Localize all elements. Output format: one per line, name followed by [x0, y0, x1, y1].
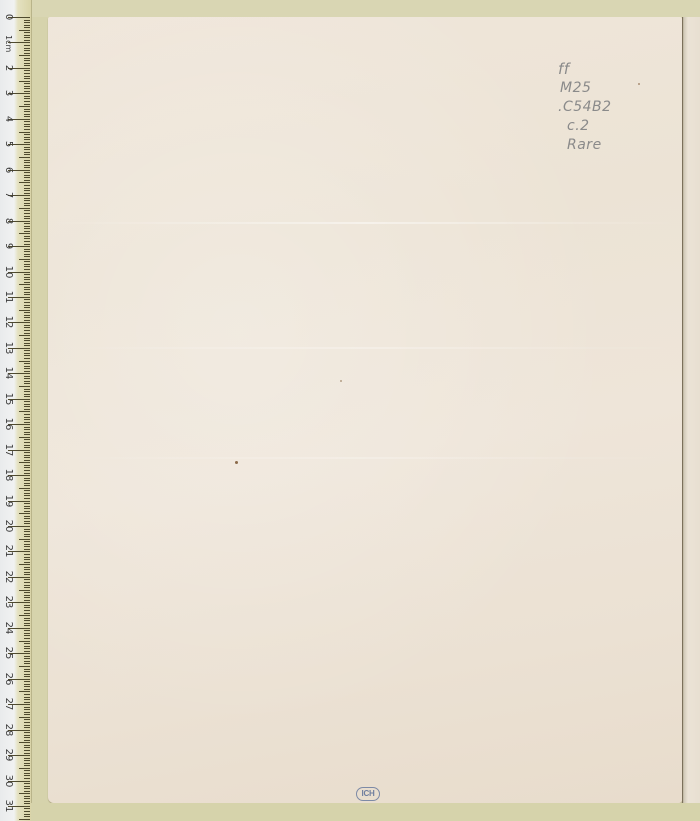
paper-speck: [235, 461, 238, 464]
ruler-tick: [24, 50, 30, 51]
ruler-tick: [24, 383, 30, 384]
ruler-tick: [24, 355, 30, 356]
ruler-tick: [24, 371, 30, 372]
ruler-tick: [24, 190, 30, 191]
ruler-tick: [19, 462, 30, 463]
ruler-tick: [19, 208, 30, 209]
ruler-tick: [24, 516, 30, 517]
ruler-tick: [24, 536, 30, 537]
ruler-tick: [24, 544, 30, 545]
ruler-tick: [24, 111, 30, 112]
ruler-tick: [24, 722, 30, 723]
ruler-tick: [24, 76, 30, 77]
ruler-tick: [24, 529, 30, 530]
ruler-tick: [19, 437, 30, 438]
paper-speck: [340, 380, 342, 382]
ruler-label: 10: [3, 265, 13, 279]
ruler-tick: [24, 226, 30, 227]
ruler-tick: [24, 162, 30, 163]
ruler-tick: [24, 216, 30, 217]
ruler-tick: [24, 205, 30, 206]
ruler-tick: [24, 439, 30, 440]
ruler-tick: [24, 567, 30, 568]
ruler-tick: [24, 274, 30, 275]
ruler-label: 29: [3, 748, 13, 762]
ruler-label: 5: [3, 137, 13, 151]
ruler-label: 14: [3, 366, 13, 380]
ruler-tick: [24, 389, 30, 390]
ruler-tick: [24, 773, 30, 774]
ruler-tick: [24, 498, 30, 499]
ruler-tick: [24, 124, 30, 125]
ruler-tick: [24, 559, 30, 560]
ruler-tick: [19, 55, 30, 56]
ruler-tick: [24, 261, 30, 262]
ruler-tick: [24, 404, 30, 405]
ruler-tick: [24, 447, 30, 448]
ruler-tick: [24, 765, 30, 766]
ruler-label: 15: [3, 392, 13, 406]
ruler-tick: [24, 401, 30, 402]
ruler-tick: [24, 572, 30, 573]
ruler-tick: [24, 213, 30, 214]
library-stamp: ICH: [356, 787, 380, 801]
ruler-tick: [24, 814, 30, 815]
ruler-label: 27: [3, 697, 13, 711]
ruler-tick: [19, 335, 30, 336]
ruler-tick: [24, 139, 30, 140]
ruler-tick: [19, 81, 30, 82]
ruler-tick: [24, 394, 30, 395]
ruler-tick: [24, 508, 30, 509]
ruler-tick: [24, 305, 30, 306]
ruler-tick: [24, 223, 30, 224]
binding-spine: [682, 17, 700, 803]
call-number-line-5: Rare: [567, 136, 612, 155]
ruler-tick: [24, 610, 30, 611]
ruler-tick: [24, 27, 30, 28]
ruler-tick: [19, 259, 30, 260]
ruler-tick: [24, 623, 30, 624]
ruler-tick: [24, 256, 30, 257]
ruler-tick: [24, 651, 30, 652]
paper-crease: [48, 457, 682, 459]
paper-crease: [48, 347, 682, 349]
ruler-tick: [24, 37, 30, 38]
ruler-tick: [24, 465, 30, 466]
ruler-tick: [24, 778, 30, 779]
ruler-tick: [24, 434, 30, 435]
ruler-label: 1cm: [3, 35, 13, 49]
ruler-label: 6: [3, 163, 13, 177]
ruler-tick: [19, 819, 30, 820]
ruler-tick: [24, 391, 30, 392]
ruler-tick: [24, 22, 30, 23]
ruler-tick: [24, 269, 30, 270]
ruler-tick: [24, 511, 30, 512]
ruler-tick: [24, 121, 30, 122]
ruler-tick: [24, 796, 30, 797]
ruler-tick: [24, 661, 30, 662]
ruler-tick: [19, 615, 30, 616]
ruler-tick: [24, 630, 30, 631]
ruler-tick: [24, 445, 30, 446]
ruler-tick: [24, 725, 30, 726]
ruler-tick: [24, 549, 30, 550]
ruler-tick: [24, 633, 30, 634]
ruler-tick: [24, 287, 30, 288]
ruler-tick: [24, 579, 30, 580]
ruler-label: 28: [3, 723, 13, 737]
ruler-tick: [24, 605, 30, 606]
ruler-tick: [24, 241, 30, 242]
ruler-tick: [24, 684, 30, 685]
ruler-tick: [24, 98, 30, 99]
ruler-tick: [24, 674, 30, 675]
ruler-label: 25: [3, 646, 13, 660]
paper-speck: [638, 83, 640, 85]
ruler-tick: [24, 490, 30, 491]
ruler-tick: [24, 791, 30, 792]
ruler-tick: [19, 284, 30, 285]
ruler-tick: [24, 299, 30, 300]
ruler-tick: [24, 104, 30, 105]
ruler-label: 7: [3, 188, 13, 202]
ruler-tick: [24, 203, 30, 204]
ruler-label: 12: [3, 315, 13, 329]
ruler-tick: [24, 325, 30, 326]
ruler-tick: [19, 30, 30, 31]
ruler-tick: [24, 714, 30, 715]
ruler-tick: [24, 485, 30, 486]
ruler-tick: [19, 793, 30, 794]
ruler-tick: [24, 707, 30, 708]
ruler-tick: [24, 541, 30, 542]
ruler-tick: [24, 244, 30, 245]
ruler-tick: [24, 452, 30, 453]
ruler-tick: [24, 160, 30, 161]
ruler-tick: [24, 658, 30, 659]
ruler-tick: [24, 200, 30, 201]
ruler-tick: [24, 45, 30, 46]
ruler-label: 11: [3, 290, 13, 304]
ruler-tick: [24, 292, 30, 293]
ruler-tick: [24, 719, 30, 720]
pencil-call-number: ff M25 .C54B2 c.2 Rare: [555, 60, 612, 155]
ruler-tick: [24, 101, 30, 102]
ruler-tick: [24, 618, 30, 619]
ruler-tick: [24, 236, 30, 237]
ruler-tick: [24, 180, 30, 181]
ruler-tick: [24, 613, 30, 614]
ruler-tick: [24, 646, 30, 647]
ruler-tick: [24, 167, 30, 168]
ruler-tick: [19, 590, 30, 591]
ruler-tick: [24, 735, 30, 736]
ruler-tick: [24, 750, 30, 751]
ruler-tick: [24, 277, 30, 278]
ruler-tick: [19, 564, 30, 565]
ruler-tick: [24, 455, 30, 456]
ruler-tick: [24, 635, 30, 636]
ruler-tick: [24, 193, 30, 194]
ruler-tick: [24, 320, 30, 321]
ruler-tick: [24, 467, 30, 468]
ruler-tick: [24, 129, 30, 130]
ruler-tick: [24, 753, 30, 754]
ruler-tick: [24, 345, 30, 346]
ruler-label: 31: [3, 799, 13, 813]
ruler-tick: [19, 539, 30, 540]
ruler-tick: [19, 361, 30, 362]
ruler-tick: [24, 620, 30, 621]
ruler-tick: [24, 770, 30, 771]
ruler-tick: [24, 165, 30, 166]
ruler-tick: [24, 88, 30, 89]
ruler-tick: [24, 20, 30, 21]
ruler-tick: [24, 149, 30, 150]
ruler-tick: [24, 587, 30, 588]
ruler-tick: [24, 595, 30, 596]
ruler-tick: [19, 106, 30, 107]
ruler-tick: [24, 134, 30, 135]
ruler-tick: [24, 188, 30, 189]
ruler-tick: [24, 686, 30, 687]
ruler-label: 26: [3, 672, 13, 686]
call-number-line-2: M25: [560, 79, 612, 98]
ruler-tick: [24, 358, 30, 359]
ruler-tick: [24, 681, 30, 682]
ruler-tick: [24, 694, 30, 695]
ruler-tick: [24, 330, 30, 331]
ruler-tick: [24, 457, 30, 458]
ruler-tick: [24, 669, 30, 670]
ruler-tick: [24, 147, 30, 148]
ruler-tick: [24, 775, 30, 776]
ruler-tick: [24, 210, 30, 211]
ruler-tick: [24, 343, 30, 344]
ruler-label: 20: [3, 519, 13, 533]
ruler-tick: [24, 282, 30, 283]
ruler-tick: [24, 763, 30, 764]
ruler-tick: [24, 534, 30, 535]
ruler-tick: [24, 350, 30, 351]
ruler-tick: [24, 175, 30, 176]
ruler-tick: [24, 712, 30, 713]
ruler-tick: [24, 531, 30, 532]
ruler-tick: [24, 597, 30, 598]
ruler-label: 0: [3, 10, 13, 24]
ruler-tick: [24, 65, 30, 66]
ruler-tick: [24, 786, 30, 787]
ruler-tick: [24, 142, 30, 143]
measuring-ruler: 01cm234567891011121314151617181920212223…: [0, 0, 32, 821]
ruler-label: 19: [3, 494, 13, 508]
ruler-tick: [24, 808, 30, 809]
ruler-tick: [24, 740, 30, 741]
ruler-tick: [24, 231, 30, 232]
ruler-label: 13: [3, 341, 13, 355]
ruler-tick: [24, 546, 30, 547]
ruler-tick: [19, 157, 30, 158]
ruler-tick: [24, 363, 30, 364]
ruler-tick: [24, 172, 30, 173]
ruler-tick: [24, 503, 30, 504]
ruler-tick: [24, 338, 30, 339]
ruler-tick: [24, 91, 30, 92]
ruler-tick: [19, 768, 30, 769]
ruler-tick: [19, 233, 30, 234]
ruler-tick: [24, 414, 30, 415]
ruler-tick: [24, 745, 30, 746]
ruler-label: 22: [3, 570, 13, 584]
ruler-tick: [24, 562, 30, 563]
ruler-tick: [24, 689, 30, 690]
call-number-line-3: .C54B2: [558, 98, 612, 117]
ruler-tick: [24, 702, 30, 703]
ruler-tick: [24, 727, 30, 728]
ruler-tick: [24, 83, 30, 84]
ruler-tick: [24, 460, 30, 461]
ruler-tick: [24, 788, 30, 789]
ruler-tick: [24, 63, 30, 64]
scan-background-bottom: [31, 803, 700, 821]
ruler-tick: [24, 406, 30, 407]
ruler-tick: [24, 266, 30, 267]
ruler-label: 3: [3, 86, 13, 100]
ruler-tick: [24, 340, 30, 341]
ruler-tick: [24, 396, 30, 397]
ruler-tick: [24, 70, 30, 71]
ruler-tick: [24, 294, 30, 295]
ruler-tick: [19, 411, 30, 412]
ruler-tick: [24, 307, 30, 308]
ruler-tick: [24, 378, 30, 379]
ruler-tick: [24, 40, 30, 41]
ruler-tick: [24, 73, 30, 74]
ruler-tick: [19, 386, 30, 387]
ruler-tick: [24, 251, 30, 252]
ruler-tick: [24, 289, 30, 290]
ruler-tick: [24, 798, 30, 799]
ruler-tick: [24, 442, 30, 443]
ruler-tick: [19, 488, 30, 489]
ruler-tick: [24, 86, 30, 87]
ruler-tick: [19, 513, 30, 514]
ruler-tick: [24, 48, 30, 49]
ruler-tick: [24, 353, 30, 354]
ruler-tick: [24, 228, 30, 229]
ruler-tick: [24, 366, 30, 367]
ruler-tick: [24, 470, 30, 471]
ruler-label: 17: [3, 443, 13, 457]
ruler-tick: [24, 816, 30, 817]
ruler-tick: [19, 742, 30, 743]
ruler-tick: [24, 116, 30, 117]
ruler-tick: [24, 126, 30, 127]
ruler-tick: [24, 557, 30, 558]
ruler-label: 16: [3, 417, 13, 431]
call-number-line-1: ff: [558, 60, 612, 79]
ruler-tick: [24, 801, 30, 802]
ruler-label: 24: [3, 621, 13, 635]
ruler-tick: [24, 480, 30, 481]
ruler-tick: [24, 737, 30, 738]
ruler-tick: [19, 132, 30, 133]
ruler-tick: [24, 699, 30, 700]
ruler-tick: [24, 32, 30, 33]
ruler-label: 2: [3, 61, 13, 75]
ruler-tick: [24, 25, 30, 26]
ruler-tick: [24, 254, 30, 255]
ruler-label: 30: [3, 774, 13, 788]
ruler-tick: [24, 758, 30, 759]
ruler-label: 23: [3, 595, 13, 609]
ruler-tick: [24, 78, 30, 79]
ruler-tick: [24, 381, 30, 382]
ruler-tick: [24, 409, 30, 410]
ruler-tick: [24, 177, 30, 178]
ruler-tick: [19, 717, 30, 718]
ruler-tick: [24, 60, 30, 61]
ruler-tick: [24, 327, 30, 328]
ruler-tick: [24, 625, 30, 626]
ruler-tick: [24, 473, 30, 474]
ruler-tick: [24, 198, 30, 199]
ruler-tick: [24, 376, 30, 377]
ruler-tick: [24, 429, 30, 430]
paper-crease: [48, 222, 682, 224]
ruler-tick: [24, 109, 30, 110]
ruler-tick: [24, 732, 30, 733]
ruler-label: 4: [3, 112, 13, 126]
page-edge-line: [682, 17, 683, 803]
ruler-tick: [19, 182, 30, 183]
ruler-tick: [24, 249, 30, 250]
ruler-tick: [24, 96, 30, 97]
ruler-tick: [24, 760, 30, 761]
ruler-label: 9: [3, 239, 13, 253]
ruler-tick: [19, 691, 30, 692]
ruler-tick: [24, 315, 30, 316]
ruler-tick: [24, 554, 30, 555]
ruler-tick: [24, 238, 30, 239]
ruler-tick: [24, 478, 30, 479]
scan-background-top: [31, 0, 700, 17]
ruler-tick: [24, 506, 30, 507]
ruler-tick: [24, 663, 30, 664]
ruler-tick: [24, 811, 30, 812]
ruler-tick: [24, 53, 30, 54]
ruler-tick: [24, 648, 30, 649]
ruler-tick: [24, 697, 30, 698]
ruler-tick: [24, 333, 30, 334]
ruler-tick: [19, 310, 30, 311]
ruler-tick: [24, 264, 30, 265]
ruler-tick: [24, 154, 30, 155]
ruler-tick: [24, 709, 30, 710]
ruler-tick: [24, 432, 30, 433]
ruler-tick: [24, 185, 30, 186]
ruler-tick: [24, 368, 30, 369]
ruler-tick: [24, 218, 30, 219]
ruler-tick: [24, 495, 30, 496]
ruler-tick: [24, 600, 30, 601]
ruler-label: 18: [3, 468, 13, 482]
ruler-label: 21: [3, 544, 13, 558]
ruler-tick: [24, 152, 30, 153]
ruler-tick: [24, 137, 30, 138]
